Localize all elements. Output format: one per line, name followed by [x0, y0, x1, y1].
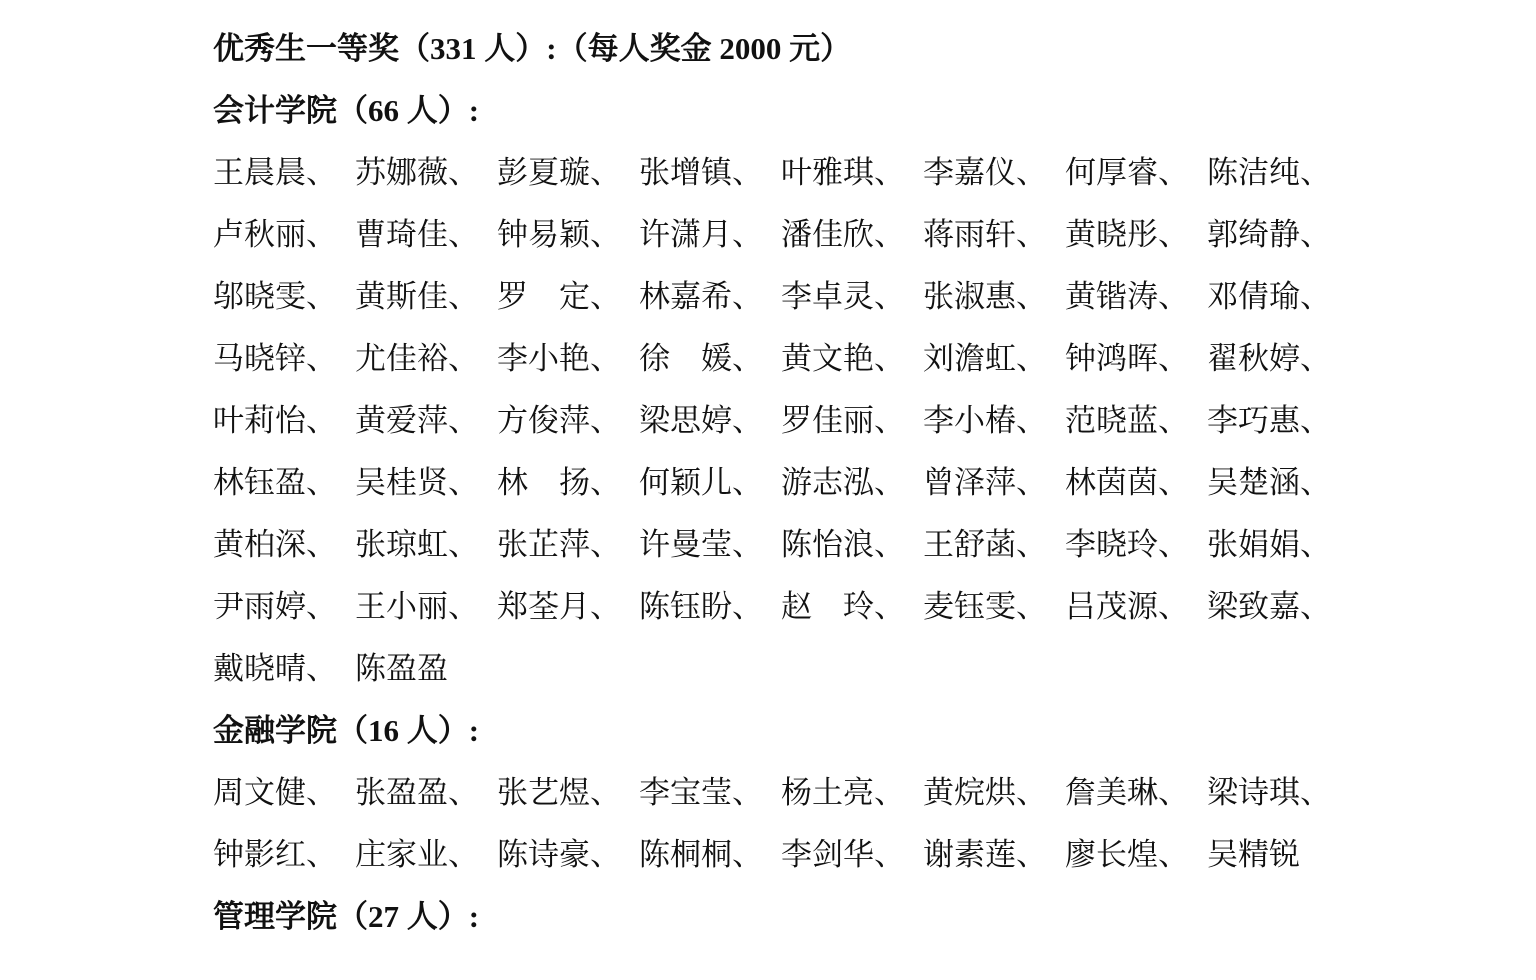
name-list: 周文健、张盈盈、张艺煜、李宝莹、杨土亮、黄烷烘、詹美琳、梁诗琪、钟影红、庄家业、… — [213, 762, 1353, 886]
name-row: 卢秋丽、曹琦佳、钟易颖、许潇月、潘佳欣、蒋雨轩、黄晓彤、郭绮静、 — [213, 204, 1353, 266]
student-name: 潘佳欣、 — [781, 204, 923, 266]
student-name: 李巧惠、 — [1207, 390, 1349, 452]
student-name: 游志泓、 — [781, 452, 923, 514]
student-name: 黄斯佳、 — [355, 266, 497, 328]
student-name: 李宝莹、 — [639, 762, 781, 824]
section-finance: 金融学院（16 人）: 周文健、张盈盈、张艺煜、李宝莹、杨土亮、黄烷烘、詹美琳、… — [213, 700, 1353, 886]
student-name: 吴楚涵、 — [1207, 452, 1349, 514]
student-name: 钟易颖、 — [497, 204, 639, 266]
student-name: 李小艳、 — [497, 328, 639, 390]
section-accounting: 会计学院（66 人）: 王晨晨、苏娜薇、彭夏璇、张增镇、叶雅琪、李嘉仪、何厚睿、… — [213, 80, 1353, 700]
name-row: 戴晓晴、陈盈盈 — [213, 638, 1353, 700]
student-name: 王舒菡、 — [923, 514, 1065, 576]
student-name: 翟秋婷、 — [1207, 328, 1349, 390]
student-name: 张盈盈、 — [355, 762, 497, 824]
student-name: 邓倩瑜、 — [1207, 266, 1349, 328]
student-name: 李小椿、 — [923, 390, 1065, 452]
student-name: 方俊萍、 — [497, 390, 639, 452]
student-name: 庄家业、 — [355, 824, 497, 886]
student-name: 陈盈盈 — [355, 638, 497, 700]
student-name: 钟鸿晖、 — [1065, 328, 1207, 390]
student-name: 刘澹虹、 — [923, 328, 1065, 390]
student-name: 尤佳裕、 — [355, 328, 497, 390]
student-name: 王晨晨、 — [213, 142, 355, 204]
student-name: 马晓锌、 — [213, 328, 355, 390]
student-name: 罗佳丽、 — [781, 390, 923, 452]
student-name: 邬晓雯、 — [213, 266, 355, 328]
student-name: 苏娜薇、 — [355, 142, 497, 204]
student-name: 曹琦佳、 — [355, 204, 497, 266]
name-row: 尹雨婷、王小丽、郑荃月、陈钰盼、赵 玲、麦钰雯、吕茂源、梁致嘉、 — [213, 576, 1353, 638]
student-name: 梁思婷、 — [639, 390, 781, 452]
student-name: 叶莉怡、 — [213, 390, 355, 452]
student-name: 黄文艳、 — [781, 328, 923, 390]
name-list: 王晨晨、苏娜薇、彭夏璇、张增镇、叶雅琪、李嘉仪、何厚睿、陈洁纯、卢秋丽、曹琦佳、… — [213, 142, 1353, 700]
student-name: 许曼莹、 — [639, 514, 781, 576]
student-name: 徐 媛、 — [639, 328, 781, 390]
section-heading: 会计学院（66 人）: — [213, 80, 1353, 142]
student-name: 叶雅琪、 — [781, 142, 923, 204]
student-name: 杨土亮、 — [781, 762, 923, 824]
name-row: 林钰盈、吴桂贤、林 扬、何颖儿、游志泓、曾泽萍、林茵茵、吴楚涵、 — [213, 452, 1353, 514]
student-name: 陈钰盼、 — [639, 576, 781, 638]
document-page: 优秀生一等奖（331 人）:（每人奖金 2000 元） 会计学院（66 人）: … — [213, 18, 1353, 948]
student-name: 彭夏璇、 — [497, 142, 639, 204]
student-name: 林嘉希、 — [639, 266, 781, 328]
student-name: 何颖儿、 — [639, 452, 781, 514]
student-name: 王小丽、 — [355, 576, 497, 638]
student-name: 李剑华、 — [781, 824, 923, 886]
award-title: 优秀生一等奖（331 人）:（每人奖金 2000 元） — [213, 18, 1353, 80]
student-name: 李嘉仪、 — [923, 142, 1065, 204]
student-name: 罗 定、 — [497, 266, 639, 328]
student-name: 尹雨婷、 — [213, 576, 355, 638]
student-name: 黄爱萍、 — [355, 390, 497, 452]
student-name: 谢素莲、 — [923, 824, 1065, 886]
section-heading: 金融学院（16 人）: — [213, 700, 1353, 762]
student-name: 张芷萍、 — [497, 514, 639, 576]
student-name: 陈怡浪、 — [781, 514, 923, 576]
student-name: 曾泽萍、 — [923, 452, 1065, 514]
student-name: 张娟娟、 — [1207, 514, 1349, 576]
section-management: 管理学院（27 人）: — [213, 886, 1353, 948]
student-name: 张艺煜、 — [497, 762, 639, 824]
student-name: 陈桐桐、 — [639, 824, 781, 886]
student-name: 李卓灵、 — [781, 266, 923, 328]
student-name: 陈诗豪、 — [497, 824, 639, 886]
student-name: 梁诗琪、 — [1207, 762, 1349, 824]
student-name: 林茵茵、 — [1065, 452, 1207, 514]
student-name: 卢秋丽、 — [213, 204, 355, 266]
name-row: 钟影红、庄家业、陈诗豪、陈桐桐、李剑华、谢素莲、廖长煌、吴精锐 — [213, 824, 1353, 886]
student-name: 李晓玲、 — [1065, 514, 1207, 576]
student-name: 黄晓彤、 — [1065, 204, 1207, 266]
student-name: 吕茂源、 — [1065, 576, 1207, 638]
student-name: 许潇月、 — [639, 204, 781, 266]
name-row: 王晨晨、苏娜薇、彭夏璇、张增镇、叶雅琪、李嘉仪、何厚睿、陈洁纯、 — [213, 142, 1353, 204]
student-name: 范晓蓝、 — [1065, 390, 1207, 452]
student-name: 张淑惠、 — [923, 266, 1065, 328]
student-name: 梁致嘉、 — [1207, 576, 1349, 638]
student-name: 麦钰雯、 — [923, 576, 1065, 638]
student-name: 张增镇、 — [639, 142, 781, 204]
student-name: 黄锴涛、 — [1065, 266, 1207, 328]
name-row: 马晓锌、尤佳裕、李小艳、徐 媛、黄文艳、刘澹虹、钟鸿晖、翟秋婷、 — [213, 328, 1353, 390]
student-name: 赵 玲、 — [781, 576, 923, 638]
student-name: 陈洁纯、 — [1207, 142, 1349, 204]
name-row: 周文健、张盈盈、张艺煜、李宝莹、杨土亮、黄烷烘、詹美琳、梁诗琪、 — [213, 762, 1353, 824]
student-name: 郭绮静、 — [1207, 204, 1349, 266]
student-name: 蒋雨轩、 — [923, 204, 1065, 266]
student-name: 廖长煌、 — [1065, 824, 1207, 886]
student-name: 周文健、 — [213, 762, 355, 824]
student-name: 林 扬、 — [497, 452, 639, 514]
name-row: 叶莉怡、黄爱萍、方俊萍、梁思婷、罗佳丽、李小椿、范晓蓝、李巧惠、 — [213, 390, 1353, 452]
student-name: 吴桂贤、 — [355, 452, 497, 514]
section-heading: 管理学院（27 人）: — [213, 886, 1353, 948]
student-name: 黄柏深、 — [213, 514, 355, 576]
student-name: 张琼虹、 — [355, 514, 497, 576]
student-name: 钟影红、 — [213, 824, 355, 886]
student-name: 詹美琳、 — [1065, 762, 1207, 824]
student-name: 黄烷烘、 — [923, 762, 1065, 824]
student-name: 吴精锐 — [1207, 824, 1349, 886]
student-name: 戴晓晴、 — [213, 638, 355, 700]
name-row: 邬晓雯、黄斯佳、罗 定、林嘉希、李卓灵、张淑惠、黄锴涛、邓倩瑜、 — [213, 266, 1353, 328]
name-row: 黄柏深、张琼虹、张芷萍、许曼莹、陈怡浪、王舒菡、李晓玲、张娟娟、 — [213, 514, 1353, 576]
student-name: 林钰盈、 — [213, 452, 355, 514]
student-name: 郑荃月、 — [497, 576, 639, 638]
student-name: 何厚睿、 — [1065, 142, 1207, 204]
